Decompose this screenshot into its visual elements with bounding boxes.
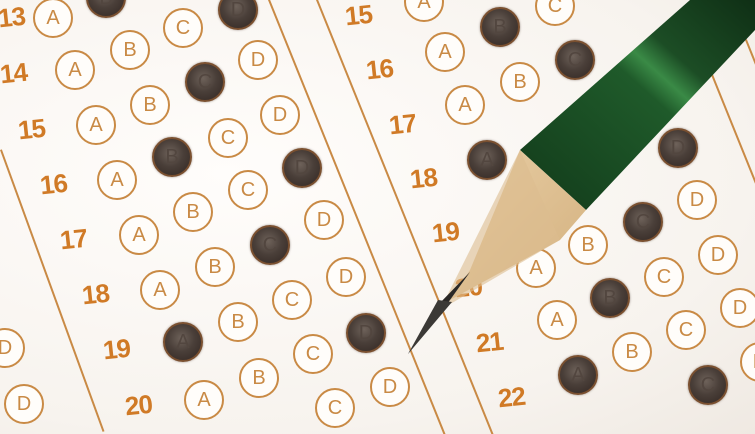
answer-bubble: D [260,95,300,135]
filled-answer-bubble: D [218,0,258,30]
question-number: 16 [38,168,68,202]
filled-answer-bubble: A [163,322,203,362]
answer-bubble: C [535,0,575,26]
answer-bubble: D [720,288,755,328]
column-divider-line [745,39,755,225]
answer-bubble: A [97,160,137,200]
answer-bubble: C [293,334,333,374]
answer-bubble: A [425,32,465,72]
answer-bubble: C [208,118,248,158]
answer-bubble: B [218,302,258,342]
answer-bubble: A [119,215,159,255]
filled-answer-bubble: D [658,128,698,168]
answer-bubble: D [304,200,344,240]
answer-bubble: A [55,50,95,90]
question-number: 14 [0,57,28,91]
question-number: 18 [80,278,110,312]
answer-bubble: B [130,85,170,125]
filled-answer-bubble: B [480,7,520,47]
answer-bubble: D [326,257,366,297]
answer-bubble: D [740,342,755,382]
filled-answer-bubble: D [282,148,322,188]
answer-bubble: A [537,300,577,340]
filled-answer-bubble: D [346,313,386,353]
filled-answer-bubble: B [86,0,126,18]
answer-bubble: B [612,332,652,372]
question-number: 19 [430,216,460,250]
filled-answer-bubble: C [555,40,595,80]
question-number: 21 [474,326,504,360]
question-number: 20 [123,389,153,423]
answer-bubble: A [140,270,180,310]
filled-answer-bubble: B [590,278,630,318]
answer-bubble: D [4,384,44,424]
filled-answer-bubble: C [185,62,225,102]
question-number: 19 [101,333,131,367]
answer-bubble: D [370,367,410,407]
answer-bubble: B [500,62,540,102]
filled-answer-bubble: C [250,225,290,265]
answer-bubble: C [163,8,203,48]
answer-bubble: B [173,192,213,232]
answer-bubble: C [228,170,268,210]
question-number: 13 [0,1,26,35]
answer-bubble: A [404,0,444,22]
answer-bubble: A [184,380,224,420]
answer-bubble: D [698,235,738,275]
answer-bubble: C [272,280,312,320]
question-number: 15 [343,0,373,32]
answer-bubble: C [644,257,684,297]
answer-bubble: B [110,30,150,70]
answer-bubble: C [666,310,706,350]
filled-answer-bubble: A [558,355,598,395]
filled-answer-bubble: A [467,140,507,180]
question-number: 15 [16,113,46,147]
answer-bubble: B [195,247,235,287]
question-number: 16 [364,53,394,87]
question-number: 18 [408,162,438,196]
answer-bubble: A [76,105,116,145]
answer-bubble: C [315,388,355,428]
filled-answer-bubble: C [623,202,663,242]
question-number: 17 [387,108,417,142]
question-number: 22 [496,381,526,415]
question-number: 17 [58,223,88,257]
answer-bubble: A [33,0,73,38]
answer-bubble: A [516,248,556,288]
answer-bubble: A [445,85,485,125]
answer-bubble: D [0,328,25,368]
answer-bubble: D [238,40,278,80]
answer-sheet-photo: 13ABCD14ABCD15ABCD16ABCD17ABCD18ABCD19AB… [0,0,755,434]
answer-bubble: B [568,225,608,265]
answer-bubble: B [239,358,279,398]
filled-answer-bubble: C [688,365,728,405]
filled-answer-bubble: B [152,137,192,177]
column-divider-line [268,0,446,434]
question-number: 20 [453,271,483,305]
answer-bubble: D [677,180,717,220]
